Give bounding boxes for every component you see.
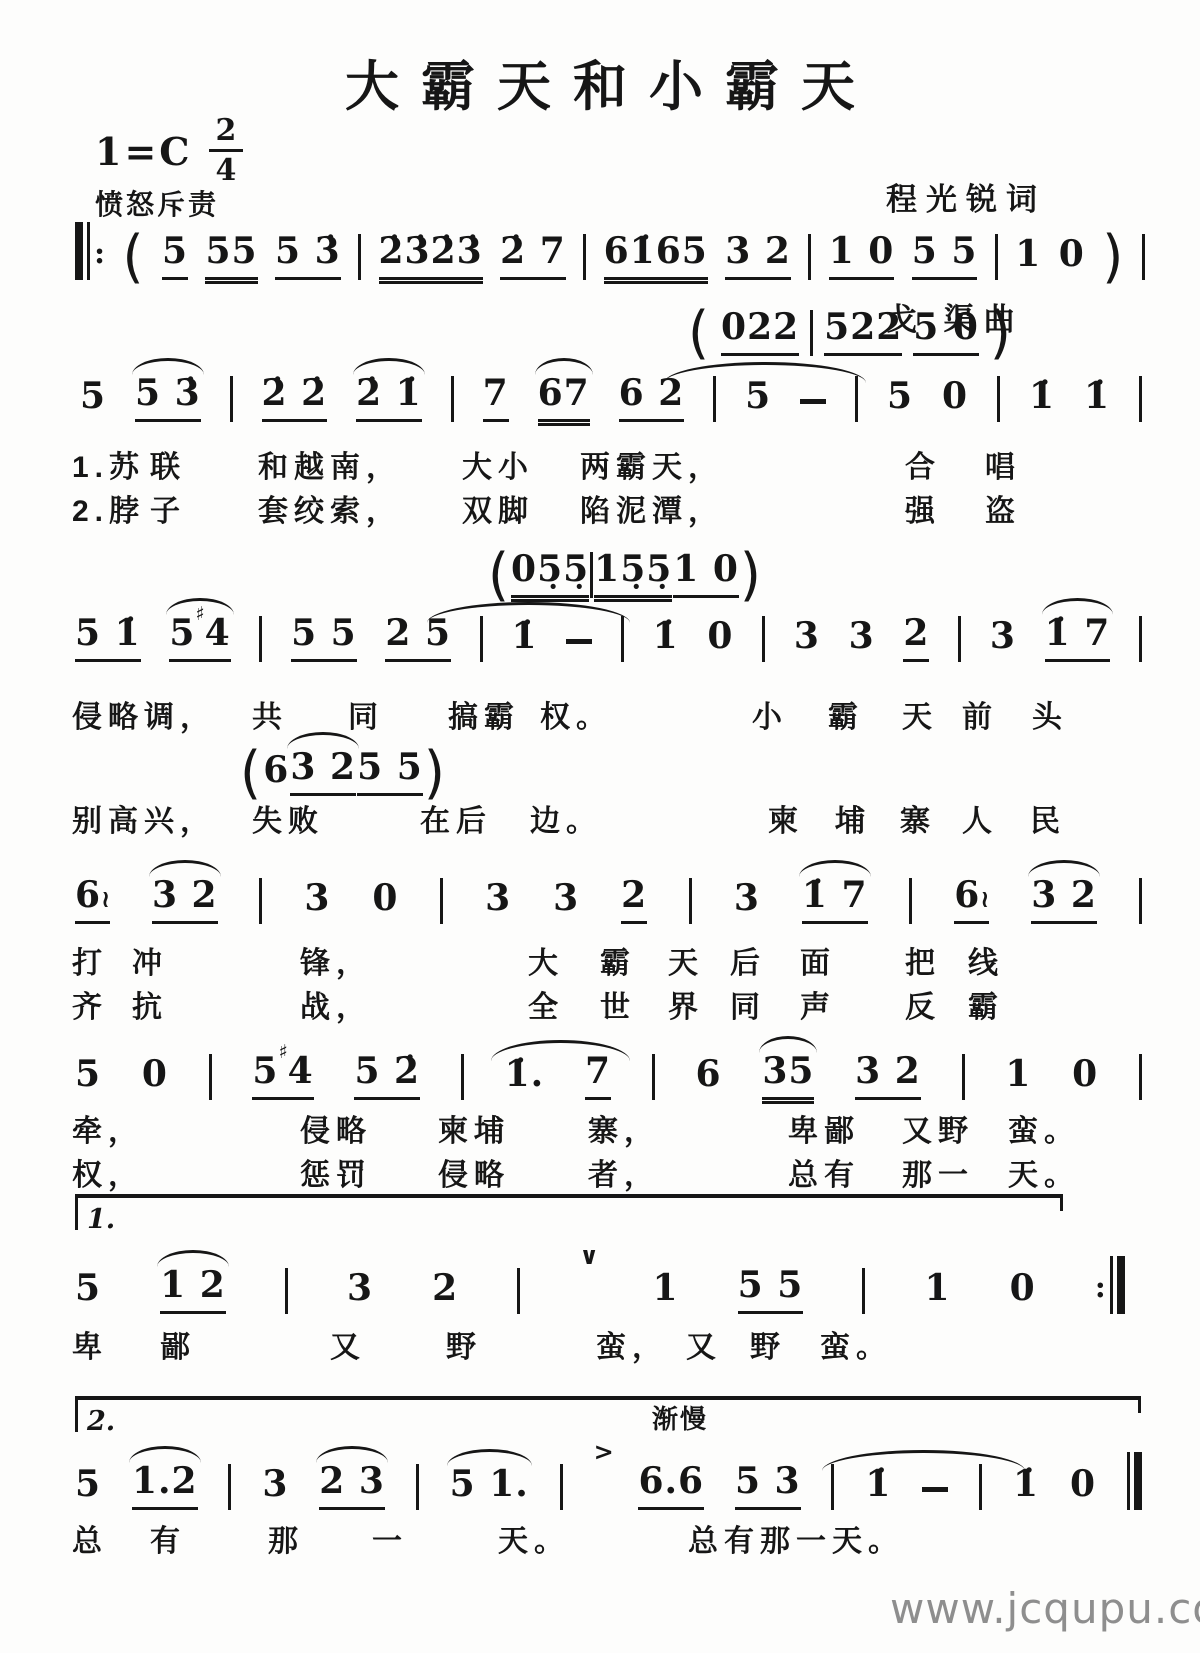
lyric-segment: 打 xyxy=(72,938,108,982)
note-group: 1 xyxy=(1015,236,1041,280)
note-group: 1̇ 7 xyxy=(802,877,868,924)
lyric-row-v5a: 打冲锋，大霸天后面把线 xyxy=(0,938,1200,976)
note-group: 1̇ xyxy=(1029,378,1055,422)
note-group: 3 2 xyxy=(1031,877,1097,924)
barline xyxy=(997,376,1000,422)
lyric-segment: 柬 xyxy=(768,796,804,840)
lyric-segment: 2.脖 xyxy=(72,486,145,530)
barline xyxy=(461,1054,464,1100)
lyric-segment: 全 xyxy=(528,982,564,1026)
lyric-row-v5b: 齐抗战，全世界同声反霸 xyxy=(0,982,1200,1020)
lyric-segment: 线 xyxy=(968,938,1004,982)
tempo-marking: 渐慢 xyxy=(652,1399,708,1436)
music-line-lineG: 51.232 35 1.>6.65 31̇1̇0 xyxy=(75,1460,1142,1510)
lyric-segment: 又 xyxy=(686,1322,722,1366)
note-group: 3 xyxy=(990,618,1016,662)
note-group: 3 xyxy=(485,880,511,924)
lyric-segment: 侵略调， xyxy=(72,692,216,736)
note-group: 0 xyxy=(1070,1466,1096,1510)
music-line-phrase3: (63 25 5) xyxy=(240,746,446,796)
note-group: 3 2 xyxy=(725,233,791,280)
note-group: 15̣5̣ xyxy=(594,551,672,598)
lyric-segment: 唱 xyxy=(985,442,1021,486)
lyric-segment: 有 xyxy=(150,1516,186,1560)
lyric-segment: 同 xyxy=(348,692,384,736)
barline xyxy=(1142,234,1145,280)
note-group: 5 1̇ xyxy=(75,615,141,662)
note-group: 1̇ xyxy=(511,618,537,662)
lyric-row-v4: 别高兴，失败在后边。柬埔寨人民 xyxy=(0,796,1200,834)
note-group: 5 0 xyxy=(913,309,979,356)
lyric-segment: 抗 xyxy=(132,982,168,1026)
dash-note xyxy=(800,399,826,404)
note-group: 5 1. xyxy=(450,1466,529,1510)
lyric-segment: 侵略 xyxy=(300,1106,372,1150)
barline xyxy=(1139,878,1142,924)
lyric-segment: 冲 xyxy=(132,938,168,982)
note-group: 1̇ xyxy=(865,1466,891,1510)
dash-note xyxy=(922,1487,948,1492)
note-group: 1 0 xyxy=(829,233,895,280)
note-group: 5 xyxy=(75,1056,101,1100)
lyric-segment: 一 xyxy=(372,1516,408,1560)
music-line-phrase1: (0225225 0) xyxy=(688,306,1012,356)
watermark: www.jcqupu.com xyxy=(890,1584,1200,1633)
time-denominator: 4 xyxy=(216,152,237,186)
key-signature: 1=C 2 4 xyxy=(95,116,243,186)
lyric-segment: 同 xyxy=(730,982,766,1026)
lyric-segment: 那一 xyxy=(902,1150,974,1194)
lyric-segment: 大 xyxy=(528,938,564,982)
barline xyxy=(1139,616,1142,662)
barline xyxy=(762,616,765,662)
note-group: 3 2 xyxy=(152,877,218,924)
note-group: 3 xyxy=(553,880,579,924)
barline xyxy=(1139,1054,1142,1100)
note-group: 35 xyxy=(762,1053,814,1100)
time-numerator: 2 xyxy=(209,116,244,152)
phrase-paren: ) xyxy=(1102,229,1124,290)
note-group: 2̇3̇2̇3̇ xyxy=(379,233,483,280)
lyric-segment: 卑 xyxy=(72,1322,108,1366)
barline xyxy=(909,878,912,924)
lyric-row-v1: 1.苏联和越南，大小两霸天，合唱 xyxy=(0,442,1200,480)
note-group: 1.2 xyxy=(132,1463,198,1510)
lyric-segment: 面 xyxy=(800,938,836,982)
lyric-segment: 埔 xyxy=(835,796,871,840)
note-group: 6≀ xyxy=(75,877,110,924)
barline xyxy=(285,1268,288,1314)
lyric-segment: 霸 xyxy=(600,938,636,982)
lyric-segment: 搞霸 xyxy=(448,692,520,736)
note-group: 3 xyxy=(794,618,820,662)
lyric-segment: 蛮， xyxy=(596,1322,668,1366)
barline xyxy=(230,376,233,422)
lyric-row-v8: 总有那一天。总有那一天。 xyxy=(0,1516,1200,1554)
barline xyxy=(259,878,262,924)
note-group: 5♯4 xyxy=(252,1053,313,1100)
note-group: 3 2 xyxy=(290,749,356,796)
phrase-paren: ( xyxy=(488,547,510,608)
sheet-music-page: 大霸天和小霸天 1=C 2 4 程光锐词 戈 渠曲 愤怒斥责 :(5555 3̇… xyxy=(0,0,1200,1653)
lyric-row-v7: 卑鄙又野蛮，又野蛮。 xyxy=(0,1322,1200,1360)
note-group: 1̇ xyxy=(653,618,679,662)
lyric-segment: 卑鄙 xyxy=(788,1106,860,1150)
note-group: 1 xyxy=(1005,1056,1031,1100)
barline xyxy=(958,616,961,662)
note-group: 5 xyxy=(75,1466,101,1510)
note-group: 2 3 xyxy=(319,1463,385,1510)
lyric-segment: 野 xyxy=(750,1322,786,1366)
first-ending-label: 1. xyxy=(87,1204,115,1235)
note-group: 5 xyxy=(80,378,106,422)
phrase-paren: ( xyxy=(123,229,145,290)
lyric-segment: 者， xyxy=(588,1150,660,1194)
note-group: 022 xyxy=(721,309,799,356)
note-group: 1 2 xyxy=(160,1267,226,1314)
lyric-segment: 蛮。 xyxy=(1008,1106,1080,1150)
note-group: 5 5 xyxy=(738,1267,804,1314)
begin-repeat-barline: : xyxy=(75,222,105,280)
note-group: 1̇ 7 xyxy=(1045,615,1111,662)
barline xyxy=(862,1268,865,1314)
tie-arc xyxy=(427,602,630,623)
barline xyxy=(583,234,586,280)
lyric-segment: 世 xyxy=(600,982,636,1026)
note-group: 0 xyxy=(1059,236,1085,280)
lyric-segment: 总 xyxy=(72,1516,108,1560)
note-group: 5 xyxy=(745,378,771,422)
lyric-row-v6a: 牵，侵略柬埔寨，卑鄙又野蛮。 xyxy=(0,1106,1200,1144)
note-group: 522 xyxy=(824,309,902,356)
lyric-segment: 又野 xyxy=(902,1106,974,1150)
music-line-lineD: 6≀3 23033231̇ 76≀3 2 xyxy=(75,874,1142,924)
barline xyxy=(808,234,811,280)
lyric-segment: 双脚 xyxy=(462,486,534,530)
note-group: 0 xyxy=(942,378,968,422)
note-group: 05̣5̣ xyxy=(511,551,589,598)
tie-arc xyxy=(822,1450,1025,1471)
lyric-segment: 惩罚 xyxy=(300,1150,372,1194)
lyric-segment: 霸 xyxy=(828,692,864,736)
lyric-segment: 战， xyxy=(300,982,372,1026)
lyric-segment: 天 xyxy=(902,692,938,736)
dash-note xyxy=(566,639,592,644)
note-group: 5 5 xyxy=(291,615,357,662)
barline xyxy=(228,1464,231,1510)
music-line-lineC: 5 1̇5♯45 52 51̇1̇033231̇ 7 xyxy=(75,612,1142,662)
lyric-segment: 1.苏 xyxy=(72,442,145,486)
lyric-segment: 总有 xyxy=(788,1150,860,1194)
music-line-lineB: 55 3̇2̇ 2̇2̇ 1̇7676 25501̇1̇ xyxy=(80,372,1142,422)
lyric-segment: 把 xyxy=(905,938,941,982)
lyric-segment: 霸 xyxy=(968,982,1004,1026)
note-group: 1̇. xyxy=(505,1056,545,1100)
note-group: 61̇65 xyxy=(604,233,708,280)
lyric-segment: 后 xyxy=(730,938,766,982)
expression-marking: 愤怒斥责 xyxy=(95,183,219,223)
note-group: 6 xyxy=(696,1056,722,1100)
lyric-segment: 牵， xyxy=(72,1106,144,1150)
tie-arc xyxy=(491,1040,630,1061)
trill-squiggle-mark: ≀ xyxy=(980,884,989,913)
lyric-segment: 盗 xyxy=(985,486,1021,530)
note-group: 6≀ xyxy=(954,877,989,924)
key-text: 1=C xyxy=(95,129,193,174)
lyric-segment: 权。 xyxy=(540,692,612,736)
note-group: 5♯4 xyxy=(169,615,230,662)
note-group: 3 xyxy=(347,1270,373,1314)
note-group: 3 xyxy=(262,1466,288,1510)
lyric-segment: 锋， xyxy=(300,938,372,982)
lyric-segment: 套绞索， xyxy=(258,486,402,530)
lyric-segment: 齐 xyxy=(72,982,108,1026)
lyric-segment: 寨， xyxy=(588,1106,660,1150)
note-group: 2 xyxy=(432,1270,458,1314)
lyric-segment: 别高兴， xyxy=(72,796,216,840)
lyric-segment: 强 xyxy=(905,486,941,530)
lyric-segment: 前 xyxy=(962,692,998,736)
lyric-segment: 民 xyxy=(1030,796,1066,840)
lyric-segment: 声 xyxy=(800,982,836,1026)
lyric-segment: 两霸天， xyxy=(580,442,724,486)
lyric-segment: 权， xyxy=(72,1150,144,1194)
note-group: 1̇ xyxy=(1084,378,1110,422)
note-group: 5 5 xyxy=(357,749,423,796)
barline xyxy=(652,1054,655,1100)
note-group: 5 xyxy=(75,1270,101,1314)
note-group: 0 xyxy=(372,880,398,924)
lyric-segment: 小 xyxy=(752,692,788,736)
note-group: 5 5 xyxy=(912,233,978,280)
second-ending-bracket: 2. xyxy=(75,1396,1141,1400)
lyric-segment: 在后 xyxy=(420,796,492,840)
lyric-segment: 和越南， xyxy=(258,442,402,486)
lyric-segment: 那 xyxy=(268,1516,304,1560)
barline xyxy=(209,1054,212,1100)
note-group: 2̇ 2̇ xyxy=(262,375,328,422)
lyric-segment: 合 xyxy=(905,442,941,486)
lyric-segment: 寨 xyxy=(900,796,936,840)
second-ending-label: 2. xyxy=(87,1406,115,1437)
note-group: 0 xyxy=(707,618,733,662)
note-group: 5 xyxy=(887,378,913,422)
lyric-segment: 陷泥潭， xyxy=(580,486,724,530)
barline xyxy=(995,234,998,280)
note-group: 5 xyxy=(162,233,188,280)
barline xyxy=(560,1464,563,1510)
phrase-paren: ) xyxy=(740,547,762,608)
lyric-segment: 天。 xyxy=(1008,1150,1080,1194)
note-group: 1 0 xyxy=(673,551,739,598)
note-group: 0 xyxy=(1072,1056,1098,1100)
barline xyxy=(1139,376,1142,422)
lyric-segment: 共 xyxy=(252,692,288,736)
note-group: 55 xyxy=(205,233,257,280)
lyric-segment: 天 xyxy=(668,938,704,982)
lyric-segment: 总有那一天。 xyxy=(688,1516,904,1560)
note-group: 0 xyxy=(1010,1270,1036,1314)
barline xyxy=(451,376,454,422)
barline xyxy=(416,1464,419,1510)
final-barline xyxy=(1127,1452,1142,1510)
music-line-lineE: 505♯45 2̇1̇.76353 210 xyxy=(75,1050,1142,1100)
note-group: 67 xyxy=(538,375,590,422)
note-group: 5 2̇ xyxy=(354,1053,420,1100)
note-group: 3 xyxy=(849,618,875,662)
lyric-segment: 人 xyxy=(962,796,998,840)
note-group: 3 xyxy=(304,880,330,924)
music-line-intro: :(5555 3̇2̇3̇2̇3̇2̇ 761̇653 21 05 510) xyxy=(75,230,1145,280)
barline xyxy=(590,552,593,598)
phrase-paren: ) xyxy=(990,305,1012,366)
lyric-segment: 柬埔 xyxy=(438,1106,510,1150)
lyric-row-v6b: 权，惩罚侵略者，总有那一天。 xyxy=(0,1150,1200,1188)
note-group: 1 xyxy=(924,1270,950,1314)
first-ending-bracket: 1. xyxy=(75,1194,1063,1198)
lyric-segment: 界 xyxy=(668,982,704,1026)
lyric-segment: 野 xyxy=(446,1322,482,1366)
note-group: 5 3̇ xyxy=(275,233,341,280)
note-group: 3 xyxy=(734,880,760,924)
note-group: 3 2 xyxy=(855,1053,921,1100)
lyric-row-v3: 侵略调，共同搞霸权。小霸天前头 xyxy=(0,692,1200,730)
music-line-phrase2: (05̣5̣15̣5̣1 0) xyxy=(488,548,762,598)
trill-squiggle-mark: ≀ xyxy=(101,884,110,913)
note-group: 5 3̇ xyxy=(135,375,201,422)
lyric-segment: 边。 xyxy=(530,796,602,840)
music-line-lineF: 51 232∨15 510: xyxy=(75,1264,1125,1314)
note-group: 2̇ 1̇ xyxy=(356,375,422,422)
note-group: 7 xyxy=(483,375,509,422)
lyric-segment: 侵略 xyxy=(438,1150,510,1194)
lyric-segment: 联 xyxy=(150,442,186,486)
note-group: 2 xyxy=(621,877,647,924)
barline xyxy=(358,234,361,280)
accent-mark: > xyxy=(594,1440,608,1464)
lyric-segment: 子 xyxy=(150,486,186,530)
note-group: 5 3 xyxy=(735,1463,801,1510)
phrase-paren: ( xyxy=(688,305,710,366)
lyric-segment: 蛮。 xyxy=(820,1322,892,1366)
end-repeat-barline: : xyxy=(1095,1256,1125,1314)
lyric-row-v2: 2.脖子套绞索，双脚陷泥潭，强盗 xyxy=(0,486,1200,524)
barline xyxy=(440,878,443,924)
lyric-segment: 大小 xyxy=(462,442,534,486)
note-group: 2̇ 7 xyxy=(500,233,566,280)
lyric-segment: 天。 xyxy=(498,1516,570,1560)
barline xyxy=(962,1054,965,1100)
barline xyxy=(689,878,692,924)
lyric-segment: 反 xyxy=(905,982,941,1026)
lyric-segment: 鄙 xyxy=(160,1322,196,1366)
barline xyxy=(259,616,262,662)
barline xyxy=(517,1268,520,1314)
note-group: 0 xyxy=(142,1056,168,1100)
note-group: 1̇ xyxy=(1013,1466,1039,1510)
lyric-segment: 失败 xyxy=(252,796,324,840)
lyricist-credit: 程光锐词 xyxy=(886,180,1046,220)
time-signature: 2 4 xyxy=(209,116,244,186)
note-group: 2 xyxy=(903,615,929,662)
lyric-segment: 头 xyxy=(1032,692,1068,736)
barline xyxy=(810,310,813,356)
note-group: 6 xyxy=(263,752,289,796)
note-group: 6.6 xyxy=(638,1463,704,1510)
breath-mark: ∨ xyxy=(579,1244,593,1268)
note-group: 1 xyxy=(652,1270,678,1314)
lyric-segment: 又 xyxy=(330,1322,366,1366)
